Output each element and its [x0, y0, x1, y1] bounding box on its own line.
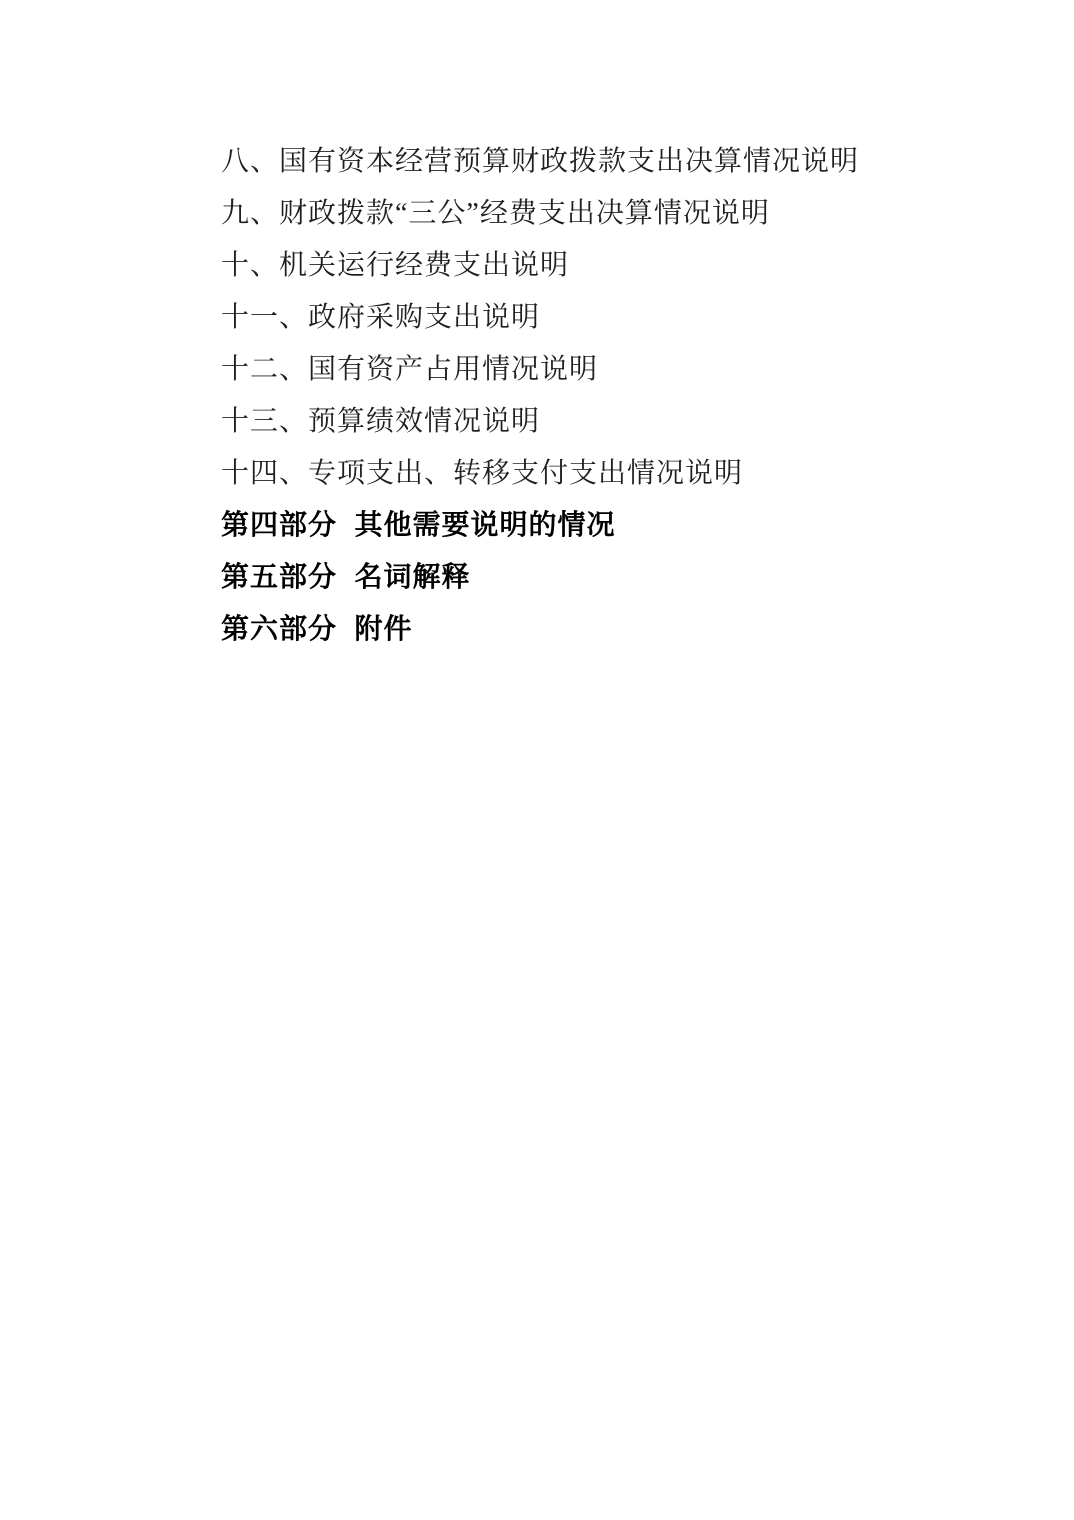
toc-item-9: 九、财政拨款“三公”经费支出决算情况说明: [221, 185, 859, 237]
toc-item-14: 十四、专项支出、转移支付支出情况说明: [221, 445, 859, 497]
toc-item-10: 十、机关运行经费支出说明: [221, 237, 859, 289]
toc-item-8: 八、国有资本经营预算财政拨款支出决算情况说明: [221, 133, 859, 185]
table-of-contents: 八、国有资本经营预算财政拨款支出决算情况说明 九、财政拨款“三公”经费支出决算情…: [221, 133, 859, 653]
toc-item-12: 十二、国有资产占用情况说明: [221, 341, 859, 393]
toc-part-heading-4: 第四部分 其他需要说明的情况: [221, 497, 859, 549]
toc-part-heading-5: 第五部分 名词解释: [221, 549, 859, 601]
toc-item-13: 十三、预算绩效情况说明: [221, 393, 859, 445]
document-page: 八、国有资本经营预算财政拨款支出决算情况说明 九、财政拨款“三公”经费支出决算情…: [0, 0, 1074, 1520]
toc-part-heading-6: 第六部分 附件: [221, 601, 859, 653]
toc-item-11: 十一、政府采购支出说明: [221, 289, 859, 341]
